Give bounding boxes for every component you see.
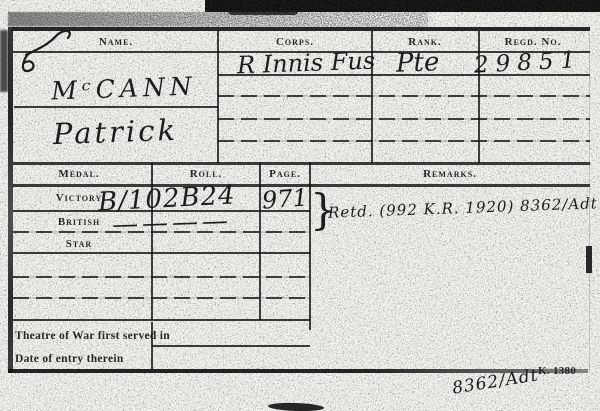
theatre-of-war-label: Theatre of War first served in bbox=[15, 330, 170, 342]
medal-row-star-label: Star bbox=[14, 238, 144, 250]
theatre-value-line bbox=[152, 345, 310, 347]
empty-row-line-3 bbox=[13, 319, 310, 321]
corps-column-header: Corps. bbox=[218, 36, 372, 48]
remarks-header-underline bbox=[310, 184, 590, 187]
right-row-line-1 bbox=[218, 74, 590, 76]
remarks-value: Retd. (992 K.R. 1920) 8362/Adt bbox=[328, 196, 598, 220]
page-column-header: Page. bbox=[260, 168, 310, 180]
rank-value: Pte bbox=[396, 49, 440, 76]
forename-value: Patrick bbox=[28, 115, 204, 150]
star-row-line bbox=[13, 252, 310, 254]
medal-index-card-scan: Name. Corps. Rank. Regd. No. MᶜCANN Patr… bbox=[0, 0, 600, 411]
right-row-line-2 bbox=[218, 95, 590, 97]
scan-left-corner-blob bbox=[0, 30, 8, 92]
name-cell-divider bbox=[14, 106, 218, 108]
rank-column-header: Rank. bbox=[372, 36, 478, 48]
name-corps-divider bbox=[217, 31, 219, 163]
roll-page-divider bbox=[259, 162, 261, 320]
regd-no-column-header: Regd. No. bbox=[479, 36, 587, 48]
medal-roll-divider bbox=[151, 162, 153, 320]
date-of-entry-label: Date of entry therein bbox=[15, 353, 124, 365]
name-column-header: Name. bbox=[14, 36, 218, 48]
british-row-line bbox=[13, 231, 310, 233]
empty-row-line-2 bbox=[13, 297, 310, 299]
victory-row-line bbox=[13, 210, 310, 212]
right-row-line-4 bbox=[218, 140, 590, 142]
corps-rank-divider bbox=[371, 31, 373, 163]
victory-page-value: 971 bbox=[261, 185, 308, 212]
upper-section-bottom-line bbox=[13, 162, 590, 165]
right-row-line-3 bbox=[218, 118, 590, 120]
scan-right-edge-blob bbox=[586, 246, 592, 273]
british-roll-ditto-dash: ———— bbox=[112, 208, 233, 238]
roll-column-header: Roll. bbox=[152, 168, 260, 180]
surname-value: MᶜCANN bbox=[38, 73, 211, 104]
rank-regdno-divider bbox=[478, 31, 480, 163]
remarks-column-header: Remarks. bbox=[310, 168, 590, 180]
card-top-border bbox=[12, 27, 590, 31]
card-left-edge bbox=[8, 27, 13, 373]
medal-column-header: Medal. bbox=[14, 168, 144, 180]
scan-smudge-band bbox=[8, 12, 433, 26]
scan-bottom-blob bbox=[268, 402, 324, 411]
form-number: K. 1380 bbox=[538, 365, 576, 377]
empty-row-line-1 bbox=[13, 276, 310, 278]
